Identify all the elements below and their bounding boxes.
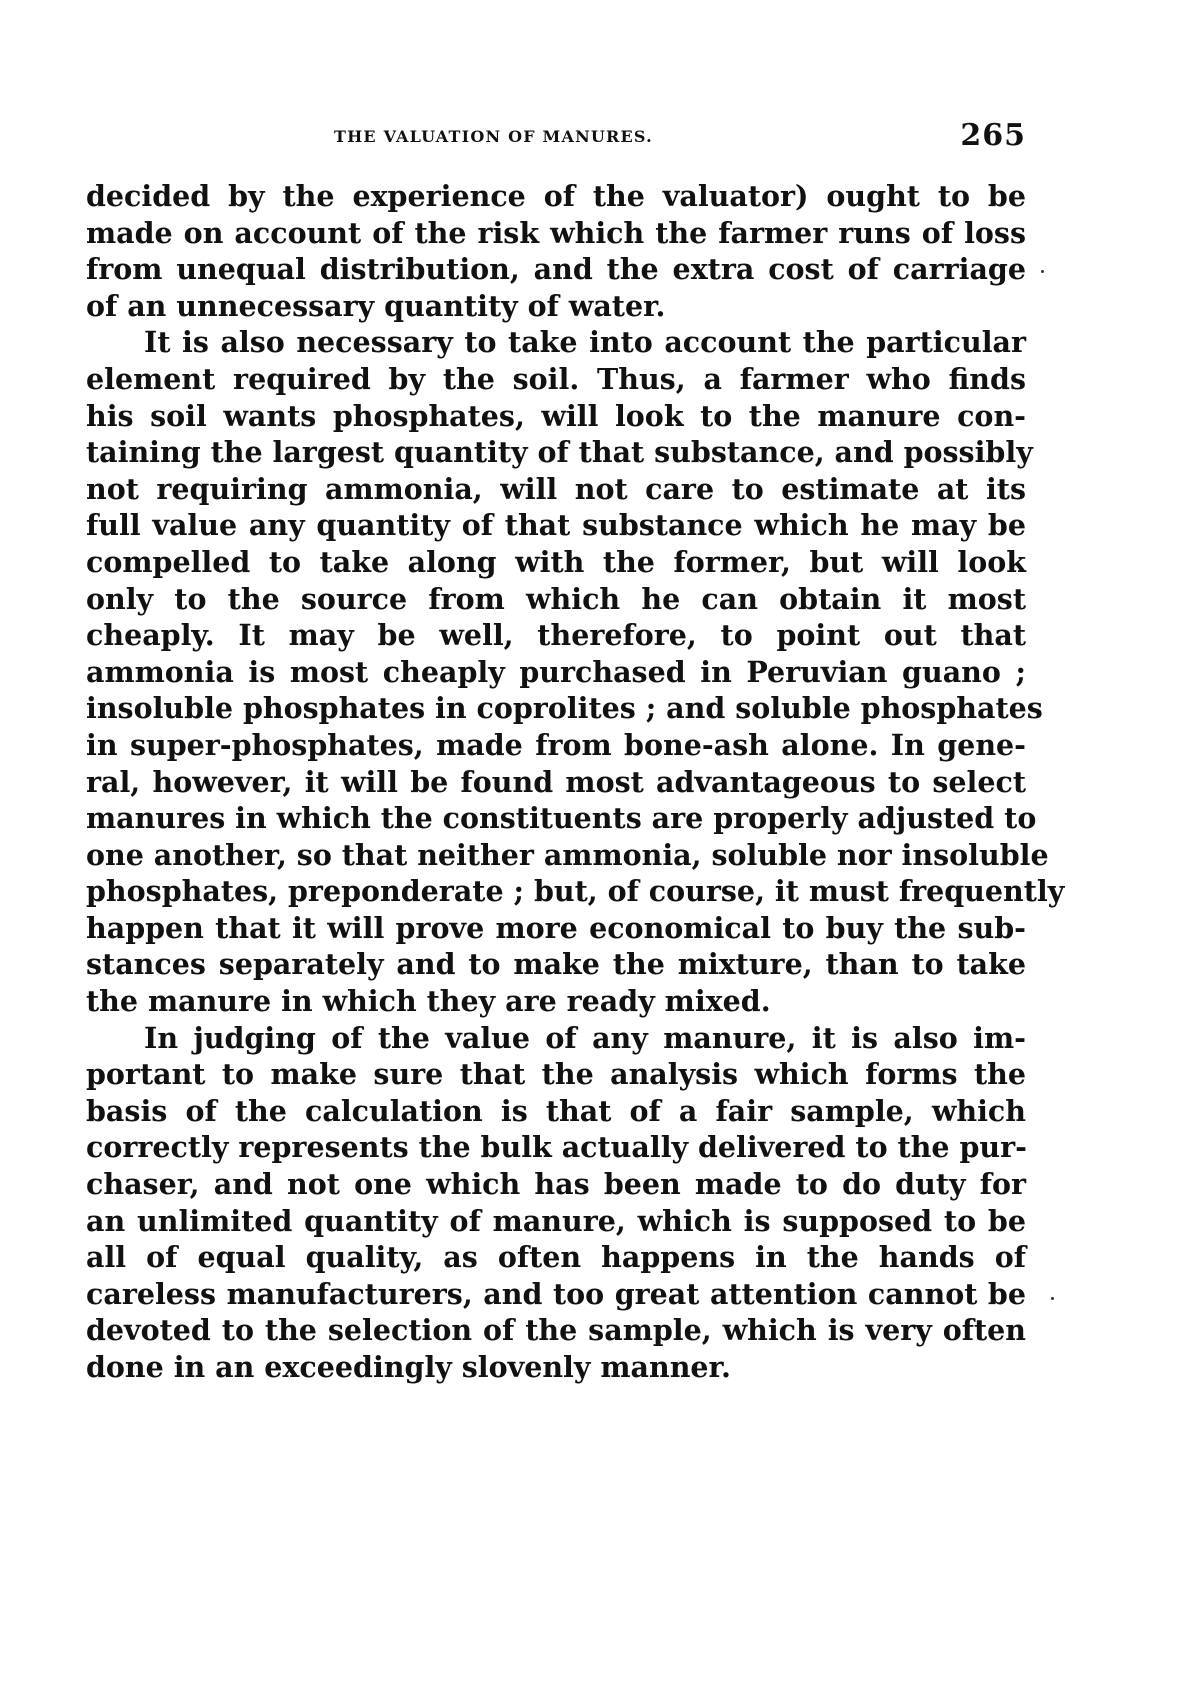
text-line: ammonia is most cheaply purchased in Per… [86,654,1026,691]
text-line: taining the largest quantity of that sub… [86,434,1026,471]
text-line: done in an exceedingly slovenly manner. [86,1349,1026,1386]
text-line: one another, so that neither ammonia, so… [86,837,1026,874]
text-line: of an unnecessary quantity of water. [86,288,1026,325]
text-line: all of equal quality, as often happens i… [86,1239,1026,1276]
text-line: not requiring ammonia, will not care to … [86,471,1026,508]
text-line: devoted to the selection of the sample, … [86,1312,1026,1349]
text-line: cheaply. It may be well, therefore, to p… [86,617,1026,654]
page-number: 265 [960,118,1026,153]
text-line: chaser, and not one which has been made … [86,1166,1026,1203]
text-line: decided by the experience of the valuato… [86,178,1026,215]
text-line: in super-phosphates, made from bone-ash … [86,727,1026,764]
text-line: basis of the calculation is that of a fa… [86,1093,1026,1130]
text-line: ral, however, it will be found most adva… [86,764,1026,801]
text-line: phosphates, preponderate ; but, of cours… [86,873,1026,910]
running-title: THE VALUATION OF MANURES. [334,127,653,146]
book-page: THE VALUATION OF MANURES. 265 decided by… [0,0,1200,1688]
text-line: happen that it will prove more economica… [86,910,1026,947]
scan-speck [1041,270,1044,273]
text-line: the manure in which they are ready mixed… [86,983,1026,1020]
text-line: an unlimited quantity of manure, which i… [86,1203,1026,1240]
paragraph: It is also necessary to take into accoun… [86,324,1026,1019]
text-line: full value any quantity of that substanc… [86,507,1026,544]
text-line: element required by the soil. Thus, a fa… [86,361,1026,398]
body-text: decided by the experience of the valuato… [86,178,1026,1386]
paragraph: decided by the experience of the valuato… [86,178,1026,324]
text-line: manures in which the constituents are pr… [86,800,1026,837]
text-line: correctly represents the bulk actually d… [86,1129,1026,1166]
text-line: portant to make sure that the analysis w… [86,1056,1026,1093]
scan-speck [1051,1297,1054,1300]
text-line: In judging of the value of any manure, i… [86,1020,1026,1057]
text-line: made on account of the risk which the fa… [86,215,1026,252]
running-head: THE VALUATION OF MANURES. 265 [86,118,1026,158]
text-line: compelled to take along with the former,… [86,544,1026,581]
text-line: his soil wants phosphates, will look to … [86,398,1026,435]
text-line: insoluble phosphates in coprolites ; and… [86,690,1026,727]
text-line: only to the source from which he can obt… [86,581,1026,618]
text-line: It is also necessary to take into accoun… [86,324,1026,361]
paragraph: In judging of the value of any manure, i… [86,1020,1026,1386]
text-line: from unequal distribution, and the extra… [86,251,1026,288]
text-line: careless manufacturers, and too great at… [86,1276,1026,1313]
text-line: stances separately and to make the mixtu… [86,946,1026,983]
